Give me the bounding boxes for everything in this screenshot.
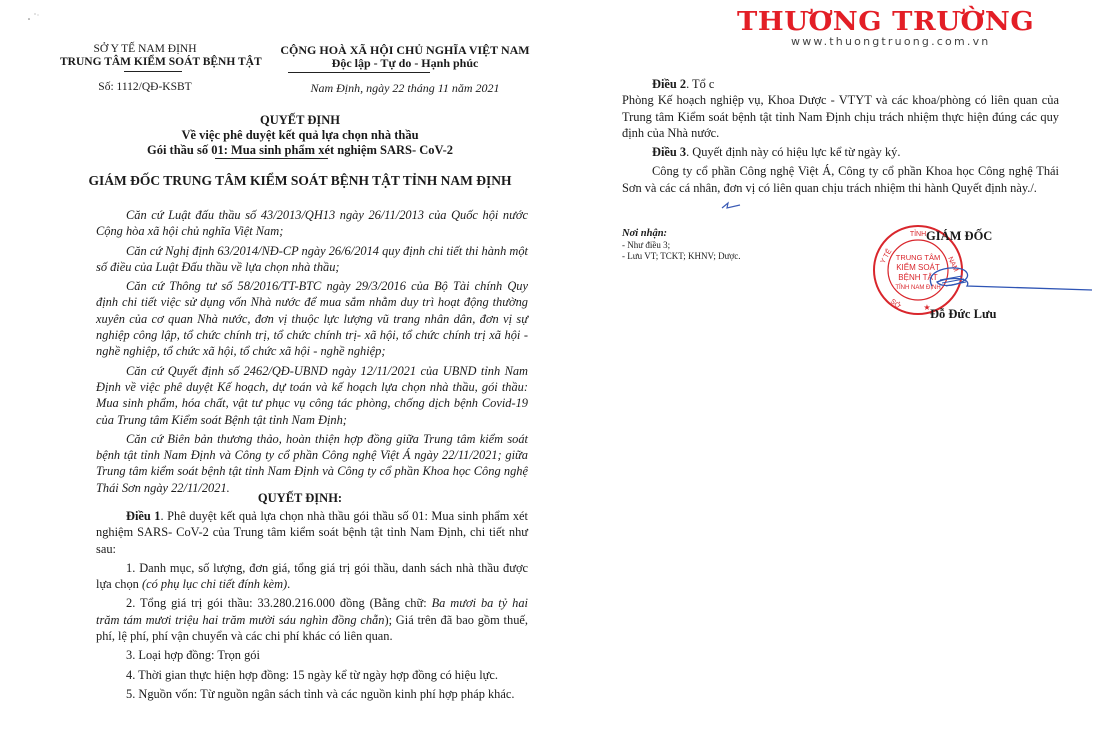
signatory-title: GIÁM ĐỐC [926, 229, 992, 244]
article-2-label: Điều 2 [652, 77, 686, 91]
article-2-start: Điều 2. Tổ c [622, 76, 1059, 92]
agency-name: SỞ Y TẾ NAM ĐỊNH [60, 43, 230, 55]
article-1-item-4: 4. Thời gian thực hiện hợp đồng: 15 ngày… [96, 667, 528, 683]
motto-underline [288, 72, 430, 73]
unit-underline [124, 71, 182, 72]
legal-basis: Căn cứ Biên bản thương thảo, hoàn thiện … [96, 431, 528, 496]
article-1: Điều 1. Phê duyệt kết quả lựa chọn nhà t… [96, 508, 528, 702]
article-1-item-5: 5. Nguồn vốn: Từ nguồn ngân sách tỉnh và… [96, 686, 528, 702]
article-1-item-2: 2. Tổng giá trị gói thầu: 33.280.216.000… [96, 595, 528, 644]
signature-icon [912, 258, 1092, 298]
unit-name: TRUNG TÂM KIỂM SOÁT BỆNH TẬT [60, 56, 230, 68]
execution-clause: Công ty cổ phần Công nghệ Việt Á, Công t… [622, 163, 1059, 196]
package-title: Gói thầu số 01: Mua sinh phẩm xét nghiệm… [40, 143, 560, 158]
national-motto: Độc lập - Tự do - Hạnh phúc [255, 56, 555, 71]
document-subject: Về việc phê duyệt kết quả lựa chọn nhà t… [40, 128, 560, 143]
recipients-heading: Nơi nhận: [622, 228, 741, 239]
document-number: Số: 1112/QĐ-KSBT [60, 81, 230, 93]
legal-basis: Căn cứ Thông tư số 58/2016/TT-BTC ngày 2… [96, 278, 528, 359]
logo-url: www.thuongtruong.com.vn [791, 36, 1117, 48]
articles-2-3: Điều 2. Tổ c Phòng Kế hoạch nghiệp vụ, K… [622, 76, 1059, 196]
document-title: QUYẾT ĐỊNH [40, 113, 560, 128]
legal-basis: Căn cứ Quyết định số 2462/QĐ-UBND ngày 1… [96, 363, 528, 428]
svg-text:SỞ: SỞ [889, 297, 903, 311]
legal-bases: Căn cứ Luật đấu thầu số 43/2013/QH13 ngà… [96, 207, 528, 496]
place-date: Nam Định, ngày 22 tháng 11 năm 2021 [255, 81, 555, 96]
article-3: Điều 3. Quyết định này có hiệu lực kể từ… [622, 144, 1059, 160]
issuer-heading: GIÁM ĐỐC TRUNG TÂM KIỂM SOÁT BỆNH TẬT TỈ… [40, 173, 560, 189]
recipient-item: - Như điều 3; [622, 240, 741, 251]
package-underline [215, 158, 328, 159]
decision-page-2: THƯƠNG TRƯỜNG www.thuongtruong.com.vn Đi… [600, 0, 1119, 741]
recipients-block: Nơi nhận: - Như điều 3; - Lưu VT; TCKT; … [622, 228, 741, 262]
legal-basis: Căn cứ Nghị định 63/2014/NĐ-CP ngày 26/6… [96, 243, 528, 276]
scan-specks [25, 10, 45, 30]
article-1-intro: Điều 1. Phê duyệt kết quả lựa chọn nhà t… [96, 508, 528, 557]
article-1-item-3: 3. Loại hợp đồng: Trọn gói [96, 647, 528, 663]
signatory-name: Đỗ Đức Lưu [930, 307, 996, 322]
publisher-logo: THƯƠNG TRƯỜNG www.thuongtruong.com.vn [737, 8, 1117, 48]
article-2-text: Phòng Kế hoạch nghiệp vụ, Khoa Dược - VT… [622, 92, 1059, 141]
article-1-item-1: 1. Danh mục, số lượng, đơn giá, tổng giá… [96, 560, 528, 593]
decision-page-1: SỞ Y TẾ NAM ĐỊNH TRUNG TÂM KIỂM SOÁT BỆN… [0, 0, 600, 741]
svg-text:TỈNH: TỈNH [910, 229, 926, 238]
legal-basis: Căn cứ Luật đấu thầu số 43/2013/QH13 ngà… [96, 207, 528, 240]
article-1-label: Điều 1 [126, 509, 161, 523]
decision-heading: QUYẾT ĐỊNH: [40, 491, 560, 506]
logo-wordmark: THƯƠNG TRƯỜNG [737, 8, 1119, 36]
article-3-label: Điều 3 [652, 145, 686, 159]
recipient-item: - Lưu VT; TCKT; KHNV; Dược. [622, 251, 741, 262]
handwritten-tick-icon [720, 200, 742, 210]
